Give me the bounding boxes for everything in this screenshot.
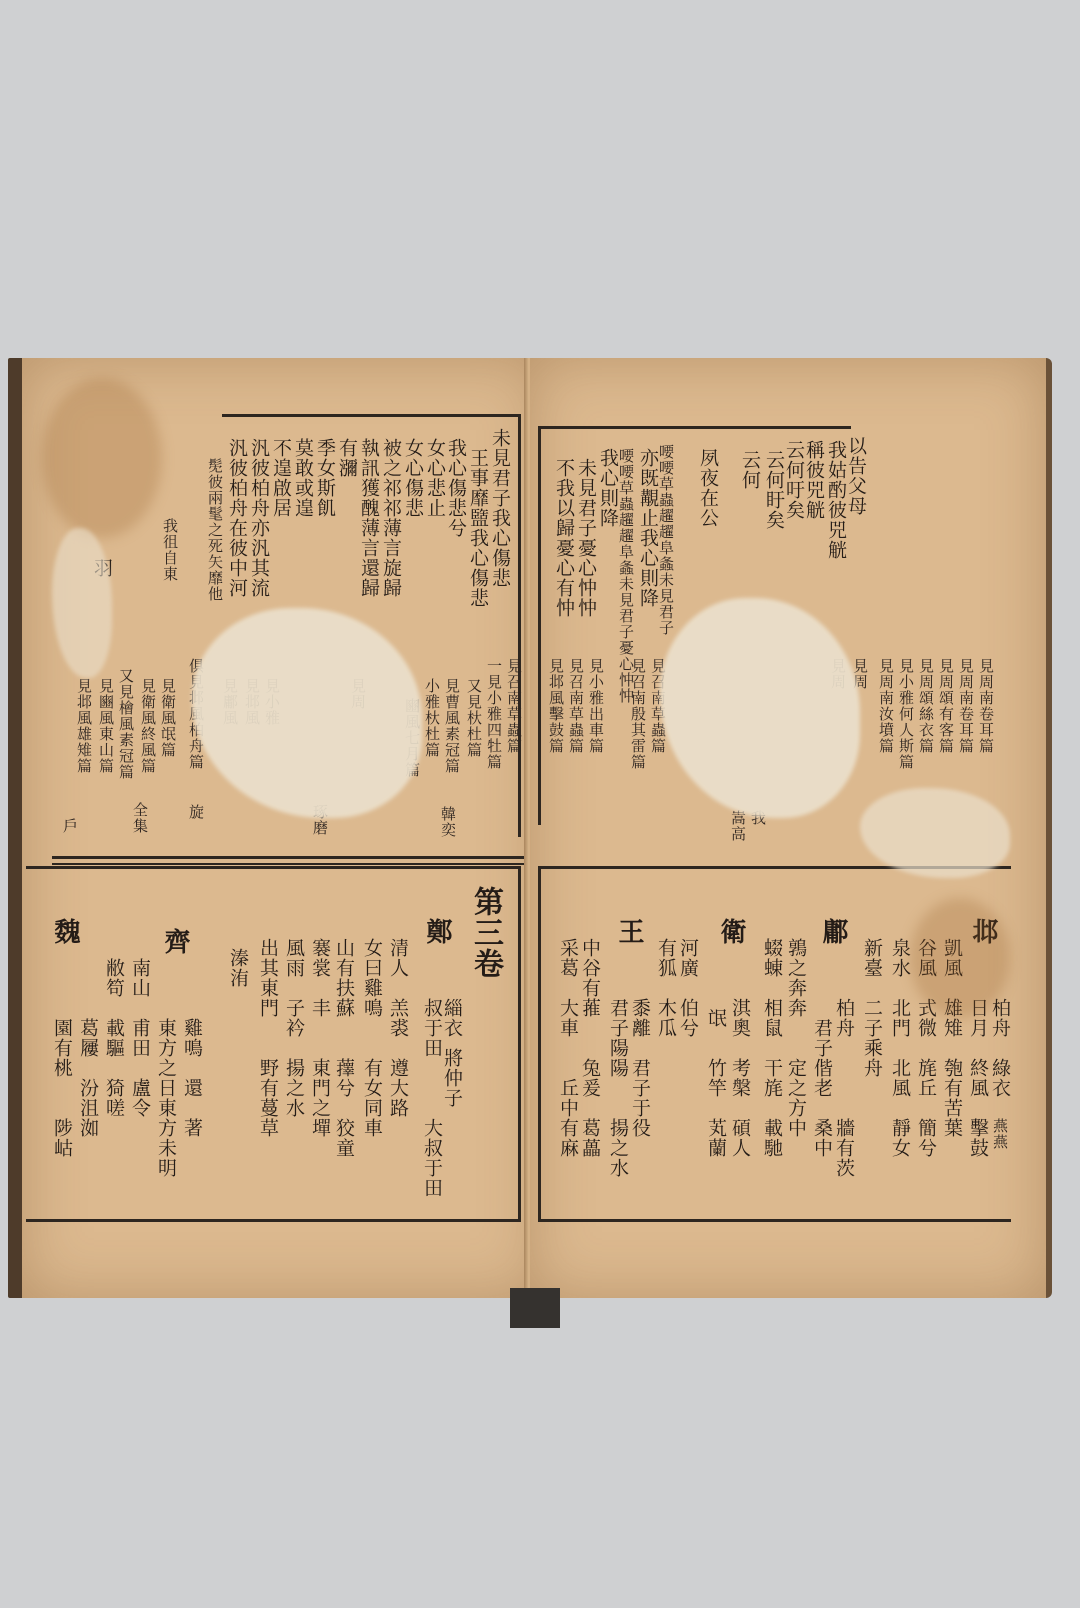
poem-title: 丘中有麻 [558, 1078, 577, 1158]
text-column: 女心悲止 [425, 438, 444, 518]
text-column: 喓喓草蟲趯趯阜螽未見君子 [658, 444, 673, 636]
text-column: 亦既覯止我心則降 [638, 448, 657, 608]
poem-title: 山有扶蘇 [334, 938, 353, 1018]
annotation: 又見杕杜篇 [466, 678, 481, 758]
poem-title: 園有桃 [52, 1018, 71, 1078]
poem-title: 淇奧 [730, 998, 749, 1038]
poem-title: 綠衣 [990, 1058, 1009, 1098]
poem-title: 東方之日 [156, 1018, 175, 1098]
annotation: 見召南草蟲篇 [506, 658, 521, 754]
poem-title: 南山 [130, 958, 149, 998]
poem-title: 采葛 [558, 938, 577, 978]
poem-title: 碩人 [730, 1118, 749, 1158]
text-column: 夙夜在公 [698, 448, 717, 528]
poem-title: 柏舟 [834, 998, 853, 1038]
left-page: 未見君子我心傷悲 王事靡盬我心傷悲 我心傷悲兮 女心悲止 女心傷悲 被之祁祁薄言… [8, 358, 542, 1298]
poem-title: 考槃 [730, 1058, 749, 1098]
poem-title: 盧令 [130, 1078, 149, 1118]
poem-title: 女曰雞鳴 [362, 938, 381, 1018]
text-column: 稱彼兕觥 [804, 440, 823, 520]
poem-title: 泉水 [890, 938, 909, 978]
annotation: 見周頌有客篇 [938, 658, 953, 754]
poem-title: 黍離 [630, 998, 649, 1038]
annotation: 見衛風終風篇 [140, 678, 155, 774]
text-column: 我姑酌彼兕觥 [826, 440, 845, 560]
poem-title: 出其東門 [258, 938, 277, 1018]
poem-title: 君子陽陽 [608, 998, 627, 1078]
poem-title: 羔裘 [388, 998, 407, 1038]
poem-title: 河廣 [678, 938, 697, 978]
poem-title: 二子乘舟 [862, 998, 881, 1078]
poem-title: 敝笱 [104, 958, 123, 998]
annotation: 見周南汝墳篇 [878, 658, 893, 754]
state-heading: 王 [616, 918, 642, 945]
strip-label: 全集 [132, 802, 147, 834]
annotation: 見召南草蟲篇 [568, 658, 583, 754]
annotation: 見周頌絲衣篇 [918, 658, 933, 754]
poem-title: 將仲子 [442, 1048, 461, 1108]
poem-title: 竹竿 [706, 1058, 725, 1098]
poem-title: 狡童 [334, 1118, 353, 1158]
annotation: 見衛風氓篇 [160, 678, 175, 758]
poem-title: 丰 [310, 998, 329, 1018]
text-column: 莫敢或遑 [293, 438, 312, 518]
poem-title: 芄蘭 [706, 1118, 725, 1158]
text-column: 以告父母 [846, 436, 865, 516]
spine-shadow [510, 1288, 560, 1328]
text-column: 王事靡盬我心傷悲 [468, 448, 487, 608]
poem-title: 揚之水 [284, 1058, 303, 1118]
text-column: 我徂自東 [162, 518, 177, 582]
poem-title: 北門 [890, 998, 909, 1038]
poem-title: 野有蔓草 [258, 1058, 277, 1138]
text-column: 云何盱矣 [764, 450, 783, 530]
poem-title: 簡兮 [916, 1118, 935, 1158]
poem-title: 燕燕 [992, 1118, 1007, 1150]
poem-title: 君子于役 [630, 1058, 649, 1138]
text-column: 不遑啟居 [271, 438, 290, 518]
text-column: 汎彼柏舟亦汎其流 [249, 438, 268, 598]
text-column: 汎彼柏舟在彼中河 [227, 438, 246, 598]
poem-title: 定之方中 [786, 1058, 805, 1138]
poem-title: 陟岵 [52, 1118, 71, 1158]
poem-title: 揚之水 [608, 1118, 627, 1178]
poem-title: 蝃蝀 [762, 938, 781, 978]
poem-title: 柏舟 [990, 998, 1009, 1038]
text-column: 未見君子憂心忡忡 [576, 458, 595, 618]
poem-title: 清人 [388, 938, 407, 978]
poem-title: 匏有苦葉 [942, 1058, 961, 1138]
poem-title: 伯兮 [678, 998, 697, 1038]
text-column: 云何 [740, 450, 759, 490]
annotation: 見邶風雄雉篇 [76, 678, 91, 774]
annotation: 見小雅出車篇 [588, 658, 603, 754]
poem-title: 鶉之奔奔 [786, 938, 805, 1018]
poem-title: 著 [182, 1118, 201, 1138]
text-column: 女心傷悲 [403, 438, 422, 518]
poem-title: 猗嗟 [104, 1078, 123, 1118]
poem-title: 載馳 [762, 1118, 781, 1158]
poem-title: 葛藟 [580, 1118, 599, 1158]
annotation: 又見檜風素冠篇 [118, 668, 133, 780]
poem-title: 終風 [968, 1058, 987, 1098]
poem-title: 有女同車 [362, 1058, 381, 1138]
poem-title: 中谷有蓷 [580, 938, 599, 1018]
text-column: 我心則降 [598, 448, 617, 528]
strip-label: 戶 [62, 818, 77, 834]
annotation: 見邶風擊鼓篇 [548, 658, 563, 754]
poem-title: 氓 [706, 1008, 725, 1028]
state-heading: 鄭 [424, 918, 450, 945]
poem-title: 汾沮洳 [78, 1078, 97, 1138]
poem-title: 子衿 [284, 998, 303, 1038]
strip-label: 韓奕 [440, 806, 455, 838]
poem-title: 大叔于田 [422, 1118, 441, 1198]
annotation: 見小雅何人斯篇 [898, 658, 913, 770]
state-heading: 衛 [718, 918, 744, 945]
poem-title: 遵大路 [388, 1058, 407, 1118]
poem-title: 還 [182, 1078, 201, 1098]
poem-title: 載驅 [104, 1018, 123, 1058]
annotation: 見周南卷耳篇 [958, 658, 973, 754]
poem-title: 風雨 [284, 938, 303, 978]
poem-title: 兔爰 [580, 1058, 599, 1098]
text-column: 被之祁祁薄言旋歸 [381, 438, 400, 598]
state-heading: 鄘 [820, 918, 846, 945]
annotation: 見周南卷耳篇 [978, 658, 993, 754]
poem-title: 木瓜 [656, 998, 675, 1038]
text-column: 有瀰 [337, 438, 356, 478]
poem-title: 溱洧 [228, 948, 247, 988]
poem-title: 桑中 [812, 1118, 831, 1158]
text-column: 執訊獲醜薄言還歸 [359, 438, 378, 598]
poem-title: 東方未明 [156, 1098, 175, 1178]
poem-title: 擊鼓 [968, 1118, 987, 1158]
poem-title: 褰裳 [310, 938, 329, 978]
text-column: 髧彼兩髦之死矢靡他 [207, 458, 222, 602]
state-heading: 齊 [162, 928, 188, 955]
poem-title: 大車 [558, 998, 577, 1038]
poem-title: 甫田 [130, 1018, 149, 1058]
right-page: 以告父母 我姑酌彼兕觥 稱彼兕觥 云何吁矣 云何盱矣 云何 夙夜在公 喓喓草蟲趯… [530, 358, 1052, 1298]
poem-title: 君子偕老 [812, 1018, 831, 1098]
strip-label: 嵩高 [730, 810, 745, 842]
poem-title: 雞鳴 [182, 1018, 201, 1058]
text-column: 未見君子我心傷悲 [490, 428, 509, 588]
poem-title: 干旄 [762, 1058, 781, 1098]
poem-title: 緇衣 [442, 998, 461, 1038]
volume-title: 第三卷 [470, 886, 500, 979]
text-column: 我心傷悲兮 [446, 438, 465, 538]
poem-title: 靜女 [890, 1118, 909, 1158]
text-column: 季女斯飢 [315, 438, 334, 518]
poem-title: 旄丘 [916, 1058, 935, 1098]
annotation: 見曹風素冠篇 [444, 678, 459, 774]
annotation: 見召南殷其雷篇 [630, 658, 645, 770]
poem-title: 叔于田 [422, 998, 441, 1058]
poem-title: 葛屨 [78, 1018, 97, 1058]
open-book: 未見君子我心傷悲 王事靡盬我心傷悲 我心傷悲兮 女心悲止 女心傷悲 被之祁祁薄言… [8, 358, 1048, 1298]
annotation: 小雅杕杜篇 [424, 678, 439, 758]
poem-title: 牆有茨 [834, 1118, 853, 1178]
annotation: 見豳風東山篇 [98, 678, 113, 774]
poem-title: 東門之墠 [310, 1058, 329, 1138]
state-heading: 魏 [52, 918, 78, 945]
text-column: 云何吁矣 [784, 440, 803, 520]
text-column: 不我以歸憂心有忡 [554, 458, 573, 618]
poem-title: 有狐 [656, 938, 675, 978]
annotation: 一見小雅四牡篇 [486, 658, 501, 770]
poem-title: 蘀兮 [334, 1058, 353, 1098]
poem-title: 相鼠 [762, 998, 781, 1038]
strip-label: 旋 [188, 804, 203, 820]
poem-title: 新臺 [862, 938, 881, 978]
poem-title: 北風 [890, 1058, 909, 1098]
